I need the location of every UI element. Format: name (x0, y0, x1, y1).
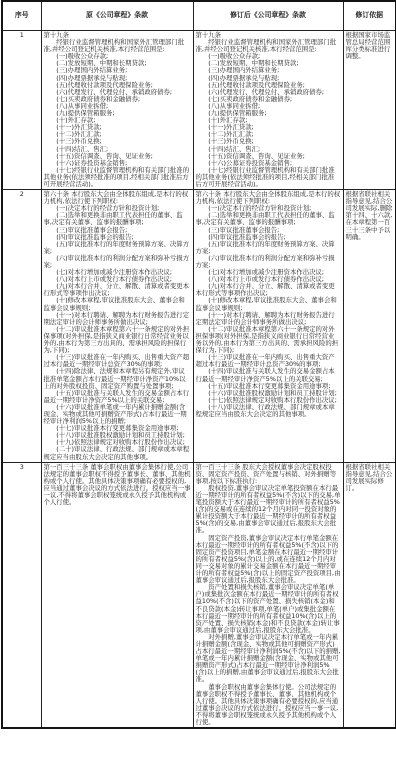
header-revised-clause: 修订后《公司章程》条款 (193, 1, 343, 31)
revised-clause-text: 第十九条 经银行业监督管理机构和国家外汇管理部门批准,并经公司登记机关核准,本行… (196, 32, 341, 188)
charter-amendment-comparison-table: 序号 原《公司章程》条款 修订后《公司章程》条款 修订依据 1 第十九条 经银行… (1, 0, 396, 729)
original-clause-cell: 第一百三十三条 董事会职权由董事会集体行使,公司法规定的董事会职权不得授予董事长… (41, 462, 193, 728)
revision-basis-cell: 根据国家市场监管总局经营范围库分类标准进行调整。 (343, 31, 396, 190)
revised-clause-text: 第六十条 本行股东大会由全体股东组成,是本行的权力机构,依法行使下列职权: (一… (196, 191, 341, 418)
row-number: 3 (2, 462, 41, 728)
revised-clause-cell: 第十九条 经银行业监督管理机构和国家外汇管理部门批准,并经公司登记机关核准,本行… (193, 31, 343, 190)
table-row: 2 第六十条 本行股东大会由全体股东组成,是本行的权力机构,依法行使下列职权: … (2, 190, 396, 463)
revision-basis-cell: 根据省联社相关指导意见,结合公司发展实际修订。 (343, 462, 396, 728)
header-original-clause: 原《公司章程》条款 (41, 1, 193, 31)
revision-basis-text: 根据国家市场监管总局经营范围库分类标准进行调整。 (346, 32, 394, 60)
revision-basis-text: 根据省联社相关指导意见,结合公司发展实际修订。 (346, 464, 394, 492)
header-no: 序号 (2, 1, 41, 31)
original-clause-text: 第一百三十三条 董事会职权由董事会集体行使,公司法规定的董事会职权不得授予董事长… (44, 464, 191, 507)
table-row: 3 第一百三十三条 董事会职权由董事会集体行使,公司法规定的董事会职权不得授予董… (2, 462, 396, 728)
table-header-row: 序号 原《公司章程》条款 修订后《公司章程》条款 修订依据 (2, 1, 396, 31)
revised-clause-cell: 第一百三十三条 股东大会授权董事会决定股权投资、固定资产投资、资产处置与核销、对… (193, 462, 343, 728)
original-clause-text: 第十九条 经银行业监督管理机构和国家外汇管理部门批准,并经公司登记机关核准,本行… (44, 32, 191, 188)
table-row: 1 第十九条 经银行业监督管理机构和国家外汇管理部门批准,并经公司登记机关核准,… (2, 31, 396, 190)
original-clause-cell: 第六十条 本行股东大会由全体股东组成,是本行的权力机构,依法行使下列职权: (一… (41, 190, 193, 463)
original-clause-text: 第六十条 本行股东大会由全体股东组成,是本行的权力机构,依法行使下列职权: (一… (44, 191, 191, 461)
row-number: 2 (2, 190, 41, 463)
revised-clause-cell: 第六十条 本行股东大会由全体股东组成,是本行的权力机构,依法行使下列职权: (一… (193, 190, 343, 463)
revision-basis-text: 根据省联社相关指导意见,结合公司发展实际,删除第十四、十六款,在本章程第一百三十… (346, 191, 394, 241)
row-number: 1 (2, 31, 41, 190)
header-revision-basis: 修订依据 (343, 1, 396, 31)
revised-clause-text: 第一百三十三条 股东大会授权董事会决定股权投资、固定资产投资、资产处置与核销、对… (196, 464, 341, 726)
revision-basis-cell: 根据省联社相关指导意见,结合公司发展实际,删除第十四、十六款,在本章程第一百三十… (343, 190, 396, 463)
original-clause-cell: 第十九条 经银行业监督管理机构和国家外汇管理部门批准,并经公司登记机关核准,本行… (41, 31, 193, 190)
